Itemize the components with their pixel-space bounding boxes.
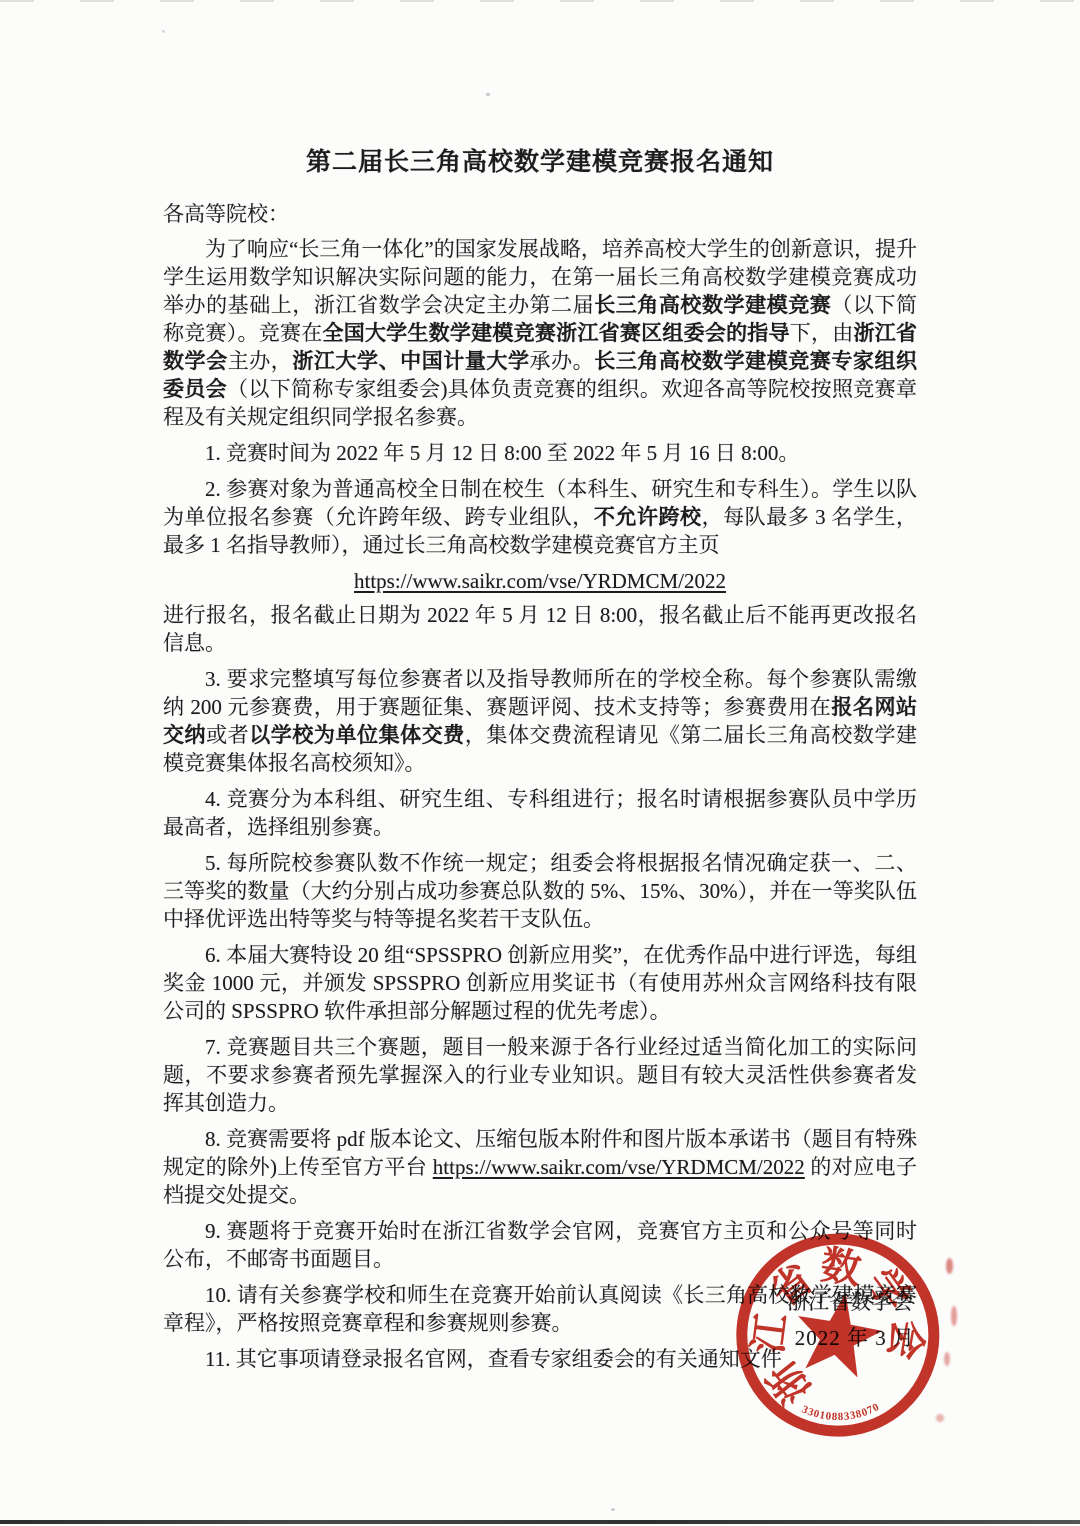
- intro-paragraph: 为了响应“长三角一体化”的国家发展战略，培养高校大学生的创新意识，提升学生运用数…: [163, 235, 917, 431]
- text-run: 下，由: [790, 321, 854, 345]
- text-run: 主办，: [228, 349, 293, 373]
- seal-ink-bleed: [951, 1306, 957, 1326]
- item-7: 7. 竞赛题目共三个赛题，题目一般来源于各行业经过适当简化加工的实际问题，不要求…: [163, 1033, 917, 1117]
- salutation: 各高等院校：: [163, 200, 917, 228]
- item-1: 1. 竞赛时间为 2022 年 5 月 12 日 8:00 至 2022 年 5…: [163, 439, 917, 467]
- bold-emphasis: 浙江大学、中国计量大学: [292, 349, 529, 373]
- registration-url-link[interactable]: https://www.saikr.com/vse/YRDMCM/2022: [354, 569, 726, 593]
- scan-speck: [611, 1508, 615, 1511]
- scan-speck: [162, 30, 165, 33]
- bold-emphasis: 全国大学生数学建模竞赛浙江省赛区组委会的指导: [322, 321, 789, 345]
- official-seal: 浙江省数学会 3301088338070: [711, 1206, 959, 1454]
- page-title: 第二届长三角高校数学建模竞赛报名通知: [163, 146, 917, 180]
- bold-emphasis: 长三角高校数学建模竞赛: [594, 293, 831, 317]
- bold-emphasis: 以学校为单位集体交费: [249, 723, 465, 747]
- bold-emphasis: 不允许跨校: [594, 505, 702, 529]
- scan-artifact-top-edge: [0, 0, 1080, 2]
- scanned-notice-page: 第二届长三角高校数学建模竞赛报名通知 各高等院校： 为了响应“长三角一体化”的国…: [0, 0, 1080, 1526]
- inline-url-link[interactable]: https://www.saikr.com/vse/YRDMCM/2022: [433, 1155, 805, 1179]
- item-5: 5. 每所院校参赛队数不作统一规定；组委会将根据报名情况确定获一、二、三等奖的数…: [163, 849, 917, 933]
- notice-document: 第二届长三角高校数学建模竞赛报名通知 各高等院校： 为了响应“长三角一体化”的国…: [163, 146, 917, 1381]
- registration-note: 进行报名，报名截止日期为 2022 年 5 月 12 日 8:00，报名截止后不…: [163, 601, 917, 657]
- text-run: 或者: [206, 723, 249, 747]
- item-6: 6. 本届大赛特设 20 组“SPSSPRO 创新应用奖”，在优秀作品中进行评选…: [163, 941, 917, 1025]
- registration-url-line: https://www.saikr.com/vse/YRDMCM/2022: [163, 567, 917, 595]
- text-run: 承办。: [530, 349, 595, 373]
- seal-ink-bleed: [936, 1414, 944, 1422]
- seal-ink-bleed: [944, 1352, 950, 1366]
- text-run: （以下简称专家组委会)具体负责竞赛的组织。欢迎各高等院校按照竞赛章程及有关规定组…: [163, 377, 917, 429]
- scan-bottom-edge: [0, 1520, 1080, 1524]
- item-2: 2. 参赛对象为普通高校全日制在校生（本科生、研究生和专科生）。学生以队为单位报…: [163, 475, 917, 559]
- seal-ink-bleed: [946, 1258, 953, 1274]
- scan-speck: [486, 93, 490, 96]
- text-run: 3. 要求完整填写每位参赛者以及指导教师所在的学校全称。每个参赛队需缴纳 200…: [163, 667, 917, 719]
- item-4: 4. 竞赛分为本科组、研究生组、专科组进行；报名时请根据参赛队员中学历最高者，选…: [163, 785, 917, 841]
- item-8: 8. 竞赛需要将 pdf 版本论文、压缩包版本附件和图片版本承诺书（题目有特殊规…: [163, 1125, 917, 1209]
- item-3: 3. 要求完整填写每位参赛者以及指导教师所在的学校全称。每个参赛队需缴纳 200…: [163, 665, 917, 777]
